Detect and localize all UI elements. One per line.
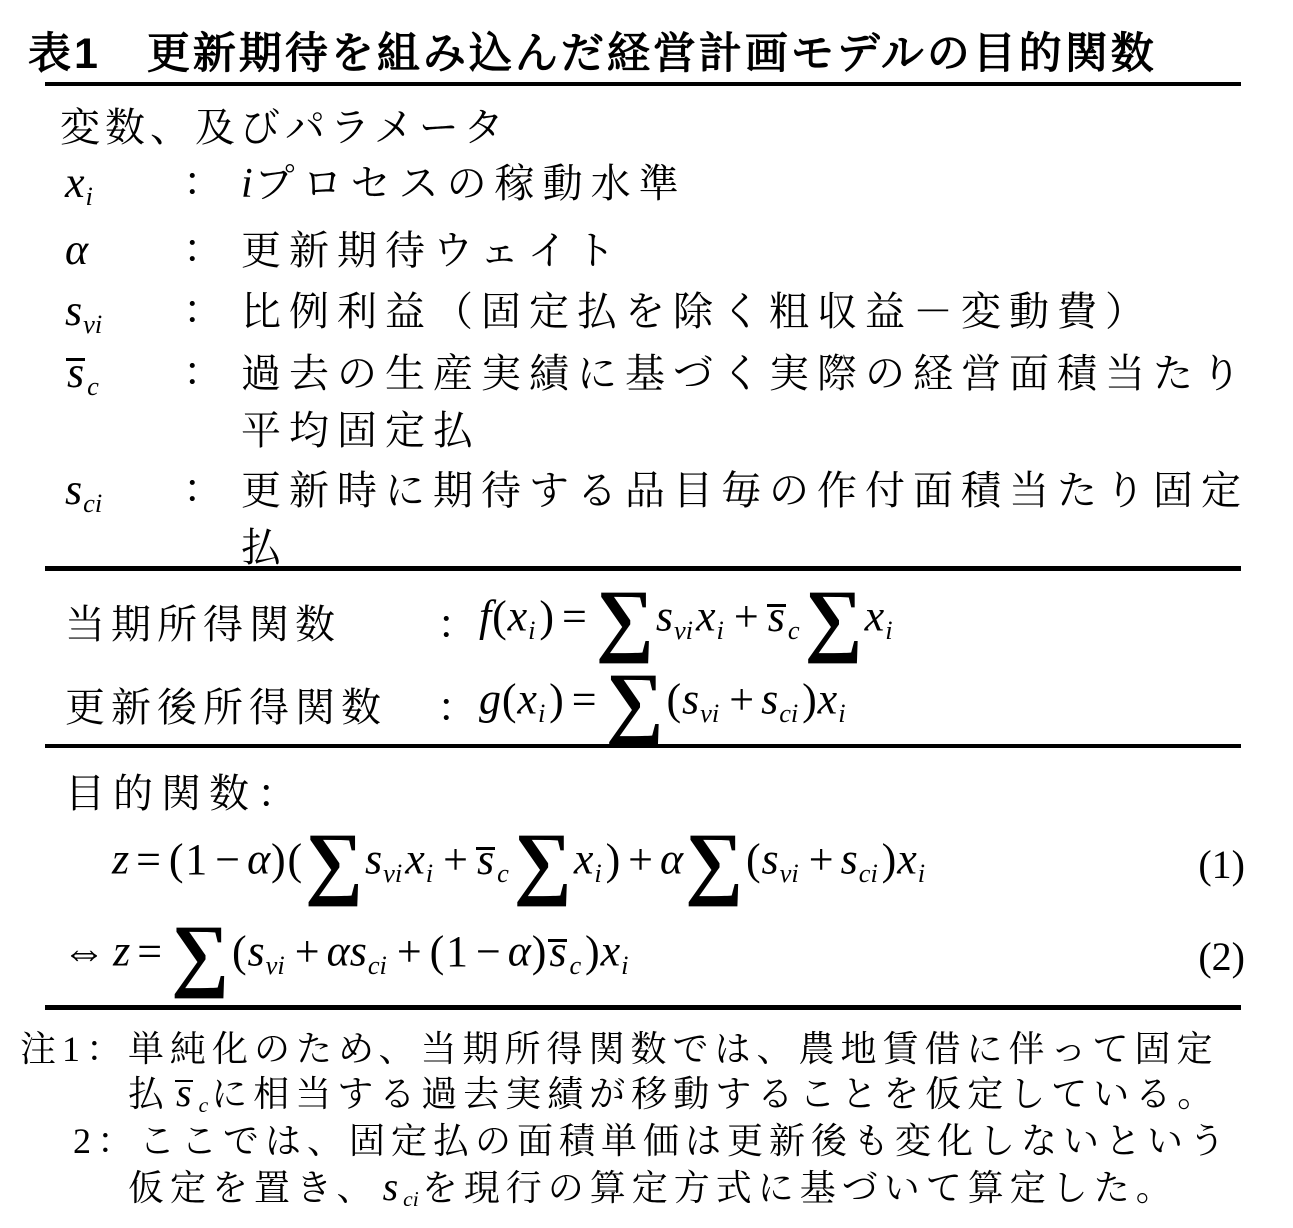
function-label: 更新後所得関数 — [65, 676, 437, 733]
objective-heading: 目的関数： — [65, 762, 305, 819]
function-formula: f(xi)=∑svixi+sc∑xi — [479, 590, 896, 651]
equation-formula: ⇔z=∑(svi+αsci+(1−α)sc)xi — [55, 925, 631, 986]
divider — [45, 566, 1241, 571]
variable-description: 更新期待ウェイト — [241, 222, 1281, 279]
function-label: 当期所得関数 — [65, 593, 437, 650]
equation-number: (1) — [1198, 841, 1245, 888]
colon: ： — [437, 593, 479, 650]
colon: ： — [183, 155, 241, 209]
equation: z=(1−α)(∑svixi+sc∑xi)+α∑(svi+sci)xi (1) — [112, 818, 1245, 910]
variable-symbol: svi — [65, 283, 183, 338]
variable-description: 比例利益（固定払を除く粗収益－変動費） — [241, 283, 1281, 340]
variable-row: svi ： 比例利益（固定払を除く粗収益－変動費） — [65, 283, 1281, 340]
table-title: 表1 更新期待を組み込んだ経営計画モデルの目的関数 — [28, 20, 1157, 81]
colon: ： — [183, 222, 241, 276]
divider-bottom — [45, 1005, 1241, 1010]
equation: ⇔z=∑(svi+αsci+(1−α)sc)xi (2) — [55, 910, 1245, 1002]
note-line: 仮定を置き、sciを現行の算定方式に基づいて算定した。 — [128, 1162, 1178, 1218]
equation-formula: z=(1−α)(∑svixi+sc∑xi)+α∑(svi+sci)xi — [112, 833, 928, 894]
variable-description: 更新時に期待する品目毎の作付面積当たり固定払 — [241, 462, 1281, 576]
note-line: 注1：単純化のため、当期所得関数では、農地賃借に伴って固定 — [20, 1024, 1219, 1074]
variable-description: 過去の生産実績に基づく実際の経営面積当たり平均固定払 — [241, 345, 1281, 459]
variable-symbol: sc — [65, 345, 183, 400]
variable-row: xi ： iプロセスの稼動水準 — [65, 155, 1281, 213]
divider — [45, 744, 1241, 748]
colon: ： — [183, 345, 241, 399]
colon: ： — [437, 676, 479, 733]
variable-row: sc ： 過去の生産実績に基づく実際の経営面積当たり平均固定払 — [65, 345, 1281, 459]
function-formula: g(xi)=∑(svi+sci)xi — [479, 673, 849, 734]
variable-symbol: xi — [65, 155, 183, 210]
note-line: 2：ここでは、固定払の面積単価は更新後も変化しないという — [73, 1116, 1231, 1166]
variable-row: sci ： 更新時に期待する品目毎の作付面積当たり固定払 — [65, 462, 1281, 576]
variable-symbol: α — [65, 222, 183, 277]
variable-symbol: sci — [65, 462, 183, 517]
variable-row: α ： 更新期待ウェイト — [65, 222, 1281, 279]
divider-top — [45, 82, 1241, 86]
colon: ： — [183, 283, 241, 337]
income-function-row: 更新後所得関数 ： g(xi)=∑(svi+sci)xi — [65, 663, 849, 745]
income-function-row: 当期所得関数 ： f(xi)=∑svixi+sc∑xi — [65, 580, 896, 662]
variables-heading: 変数、及びパラメータ — [60, 96, 509, 153]
paper-table-figure: 表1 更新期待を組み込んだ経営計画モデルの目的関数 変数、及びパラメータ xi … — [0, 0, 1293, 1228]
colon: ： — [183, 462, 241, 516]
equation-number: (2) — [1198, 933, 1245, 980]
variable-description: iプロセスの稼動水準 — [241, 155, 1281, 213]
